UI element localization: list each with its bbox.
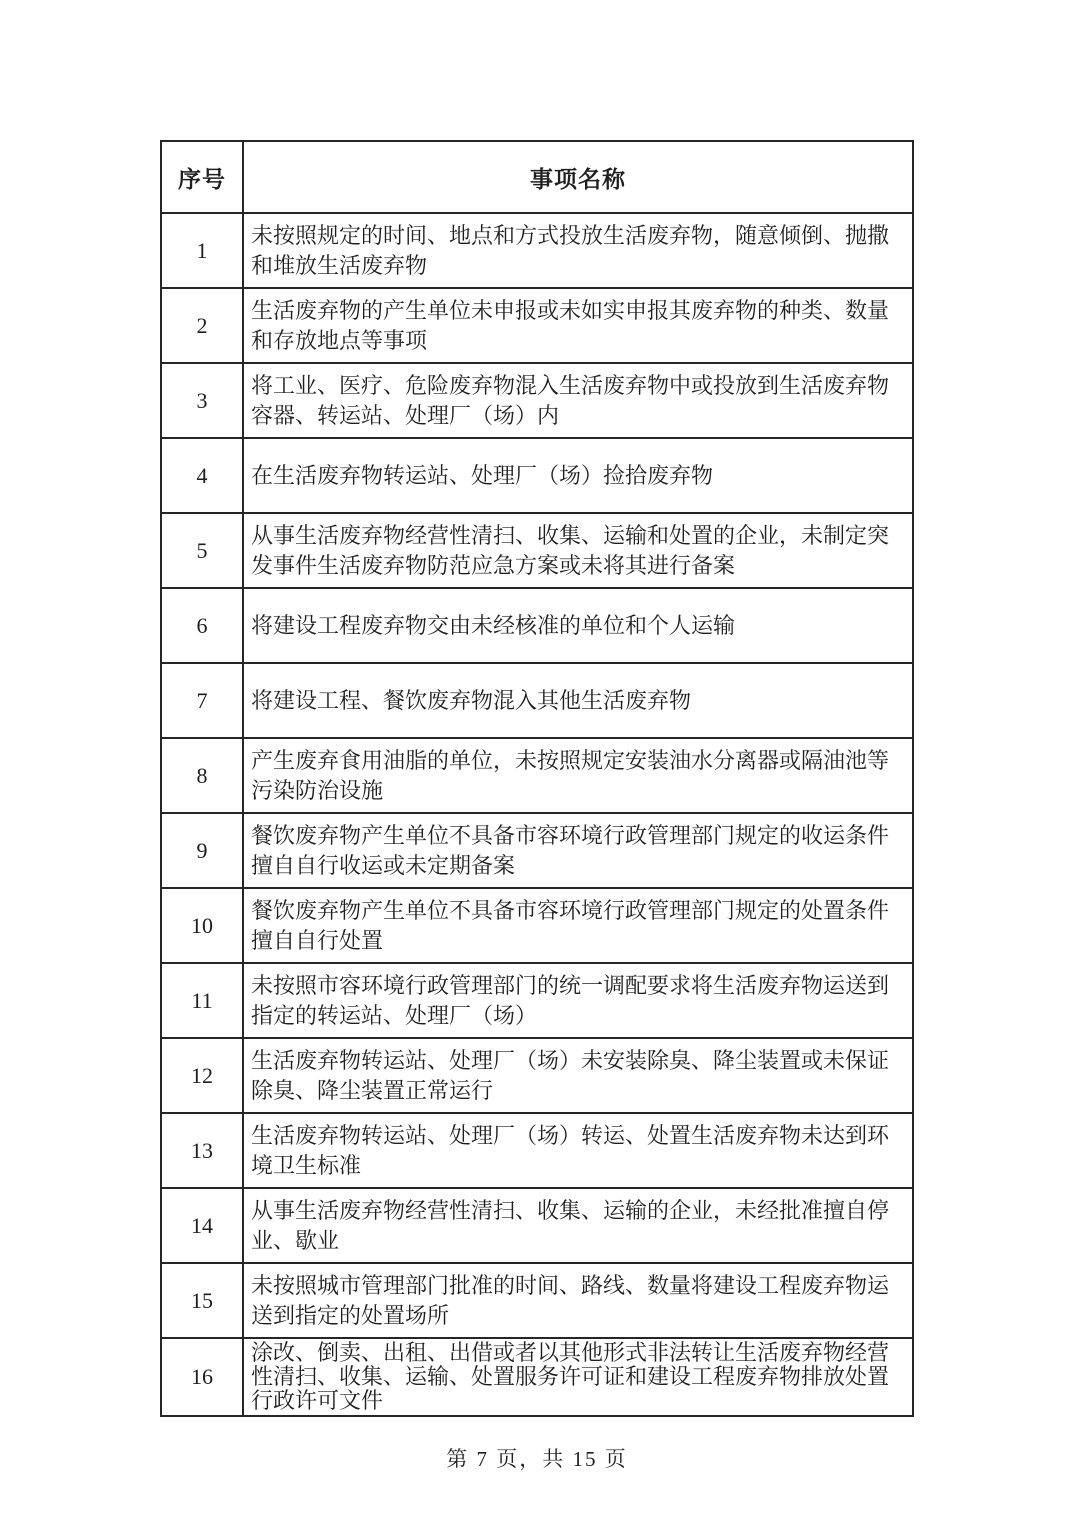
row-serial-number: 1 <box>161 213 243 288</box>
table-row: 2生活废弃物的产生单位未申报或未如实申报其废弃物的种类、数量和存放地点等事项 <box>161 288 913 363</box>
table-row: 8产生废弃食用油脂的单位，未按照规定安装油水分离器或隔油池等污染防治设施 <box>161 738 913 813</box>
row-item-name: 将工业、医疗、危险废弃物混入生活废弃物中或投放到生活废弃物容器、转运站、处理厂（… <box>243 363 913 438</box>
row-item-name: 生活废弃物转运站、处理厂（场）未安装除臭、降尘装置或未保证除臭、降尘装置正常运行 <box>243 1038 913 1113</box>
row-item-name: 产生废弃食用油脂的单位，未按照规定安装油水分离器或隔油池等污染防治设施 <box>243 738 913 813</box>
table-row: 3将工业、医疗、危险废弃物混入生活废弃物中或投放到生活废弃物容器、转运站、处理厂… <box>161 363 913 438</box>
row-item-name: 生活废弃物的产生单位未申报或未如实申报其废弃物的种类、数量和存放地点等事项 <box>243 288 913 363</box>
row-serial-number: 10 <box>161 888 243 963</box>
table-row: 10餐饮废弃物产生单位不具备市容环境行政管理部门规定的处置条件擅自自行处置 <box>161 888 913 963</box>
row-serial-number: 6 <box>161 588 243 663</box>
row-serial-number: 15 <box>161 1263 243 1338</box>
header-row: 序号 事项名称 <box>161 141 913 213</box>
row-item-name: 餐饮废弃物产生单位不具备市容环境行政管理部门规定的收运条件擅自自行收运或未定期备… <box>243 813 913 888</box>
table-row: 7将建设工程、餐饮废弃物混入其他生活废弃物 <box>161 663 913 738</box>
table-row: 16涂改、倒卖、出租、出借或者以其他形式非法转让生活废弃物经营性清扫、收集、运输… <box>161 1338 913 1416</box>
table-row: 4在生活废弃物转运站、处理厂（场）捡拾废弃物 <box>161 438 913 513</box>
row-item-name: 将建设工程废弃物交由未经核准的单位和个人运输 <box>243 588 913 663</box>
row-item-name: 涂改、倒卖、出租、出借或者以其他形式非法转让生活废弃物经营性清扫、收集、运输、处… <box>243 1338 913 1416</box>
row-serial-number: 13 <box>161 1113 243 1188</box>
row-item-name: 将建设工程、餐饮废弃物混入其他生活废弃物 <box>243 663 913 738</box>
row-serial-number: 8 <box>161 738 243 813</box>
table-body: 1未按照规定的时间、地点和方式投放生活废弃物，随意倾倒、抛撒和堆放生活废弃物2生… <box>161 213 913 1416</box>
table-row: 13生活废弃物转运站、处理厂（场）转运、处置生活废弃物未达到环境卫生标准 <box>161 1113 913 1188</box>
items-table: 序号 事项名称 1未按照规定的时间、地点和方式投放生活废弃物，随意倾倒、抛撒和堆… <box>160 140 914 1417</box>
row-item-name: 未按照市容环境行政管理部门的统一调配要求将生活废弃物运送到指定的转运站、处理厂（… <box>243 963 913 1038</box>
row-serial-number: 14 <box>161 1188 243 1263</box>
row-serial-number: 5 <box>161 513 243 588</box>
table-row: 12生活废弃物转运站、处理厂（场）未安装除臭、降尘装置或未保证除臭、降尘装置正常… <box>161 1038 913 1113</box>
row-serial-number: 16 <box>161 1338 243 1416</box>
table-row: 1未按照规定的时间、地点和方式投放生活废弃物，随意倾倒、抛撒和堆放生活废弃物 <box>161 213 913 288</box>
row-item-name: 餐饮废弃物产生单位不具备市容环境行政管理部门规定的处置条件擅自自行处置 <box>243 888 913 963</box>
row-serial-number: 3 <box>161 363 243 438</box>
row-serial-number: 4 <box>161 438 243 513</box>
table-row: 9餐饮废弃物产生单位不具备市容环境行政管理部门规定的收运条件擅自自行收运或未定期… <box>161 813 913 888</box>
table-row: 11未按照市容环境行政管理部门的统一调配要求将生活废弃物运送到指定的转运站、处理… <box>161 963 913 1038</box>
table-header: 序号 事项名称 <box>161 141 913 213</box>
table-row: 14从事生活废弃物经营性清扫、收集、运输的企业，未经批准擅自停业、歇业 <box>161 1188 913 1263</box>
header-serial-number: 序号 <box>161 141 243 213</box>
row-item-name: 从事生活废弃物经营性清扫、收集、运输和处置的企业，未制定突发事件生活废弃物防范应… <box>243 513 913 588</box>
table-row: 5从事生活废弃物经营性清扫、收集、运输和处置的企业，未制定突发事件生活废弃物防范… <box>161 513 913 588</box>
row-item-name: 在生活废弃物转运站、处理厂（场）捡拾废弃物 <box>243 438 913 513</box>
row-serial-number: 7 <box>161 663 243 738</box>
row-item-name: 从事生活废弃物经营性清扫、收集、运输的企业，未经批准擅自停业、歇业 <box>243 1188 913 1263</box>
table-row: 15未按照城市管理部门批准的时间、路线、数量将建设工程废弃物运送到指定的处置场所 <box>161 1263 913 1338</box>
table-row: 6将建设工程废弃物交由未经核准的单位和个人运输 <box>161 588 913 663</box>
page-number-footer: 第 7 页，共 15 页 <box>0 1443 1074 1473</box>
row-item-name: 未按照规定的时间、地点和方式投放生活废弃物，随意倾倒、抛撒和堆放生活废弃物 <box>243 213 913 288</box>
header-item-name: 事项名称 <box>243 141 913 213</box>
row-serial-number: 12 <box>161 1038 243 1113</box>
row-serial-number: 2 <box>161 288 243 363</box>
row-serial-number: 11 <box>161 963 243 1038</box>
row-serial-number: 9 <box>161 813 243 888</box>
row-item-name: 生活废弃物转运站、处理厂（场）转运、处置生活废弃物未达到环境卫生标准 <box>243 1113 913 1188</box>
row-item-name: 未按照城市管理部门批准的时间、路线、数量将建设工程废弃物运送到指定的处置场所 <box>243 1263 913 1338</box>
document-page: 序号 事项名称 1未按照规定的时间、地点和方式投放生活废弃物，随意倾倒、抛撒和堆… <box>0 0 1074 1519</box>
